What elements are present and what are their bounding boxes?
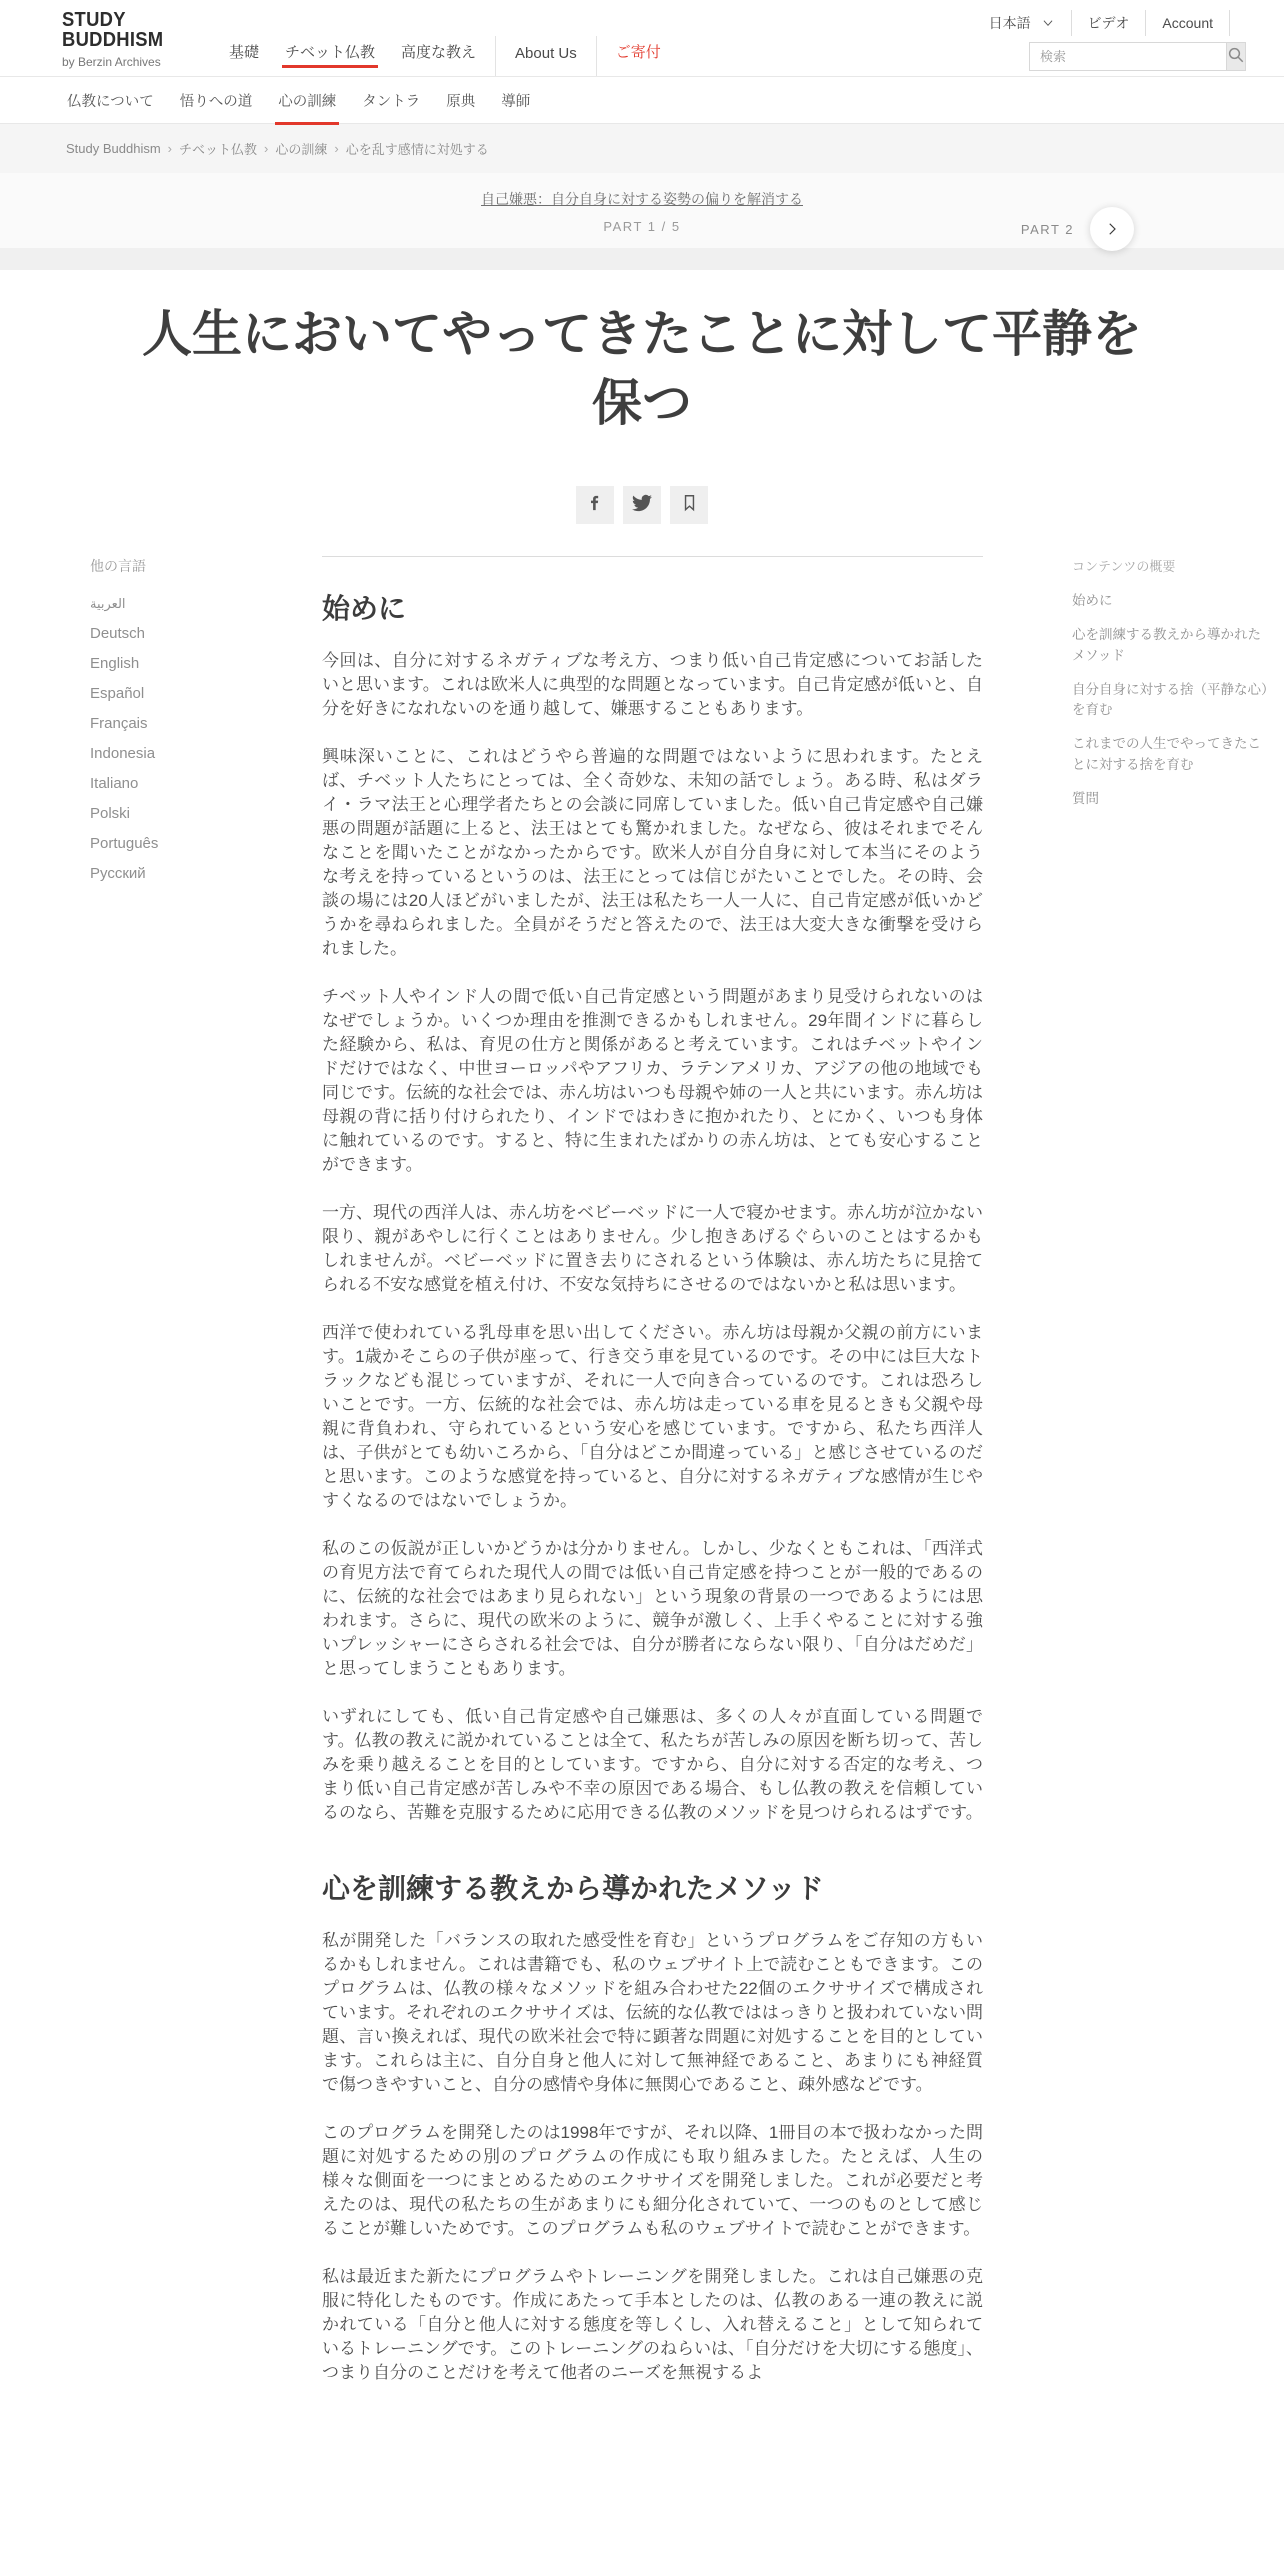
utility-divider [1229, 10, 1230, 36]
facebook-share-button[interactable] [576, 486, 614, 524]
nav-item-basics[interactable]: 基礎 [216, 41, 272, 76]
breadcrumb-separator: › [264, 141, 268, 156]
paragraph: 西洋で使われている乳母車を思い出してください。赤ん坊は母親か父親の前方にいます。… [322, 1321, 983, 1513]
breadcrumb-tibetan-buddhism[interactable]: チベット仏教 [179, 139, 257, 158]
toc-header: コンテンツの概要 [1072, 556, 1268, 575]
twitter-share-button[interactable] [623, 486, 661, 524]
search-bar [1029, 42, 1235, 71]
account-link-label: Account [1162, 15, 1213, 31]
language-link-portuguese[interactable]: Português [90, 835, 322, 852]
section-heading-methods: 心を訓練する教えから導かれたメソッド [322, 1867, 983, 1907]
bookmark-button[interactable] [670, 486, 708, 524]
section-heading-intro: 始めに [322, 587, 983, 627]
facebook-icon [585, 493, 605, 518]
page-title: 人生においてやってきたことに対して平静を保つ [137, 300, 1147, 438]
subnav-item-path-to-enlightenment[interactable]: 悟りへの道 [167, 77, 266, 123]
language-link-german[interactable]: Deutsch [90, 625, 322, 642]
chevron-right-icon[interactable] [1090, 207, 1134, 251]
language-selector[interactable]: 日本語 [973, 13, 1071, 33]
logo-line1: STUDY [62, 10, 163, 30]
language-link-italian[interactable]: Italiano [90, 775, 322, 792]
chevron-down-icon [1041, 16, 1055, 30]
language-link-spanish[interactable]: Español [90, 685, 322, 702]
subnav-item-mind-training[interactable]: 心の訓練 [265, 77, 349, 123]
paragraph: チベット人やインド人の間で低い自己肯定感という問題があまり見受けられないのはなぜ… [322, 985, 983, 1177]
paragraph: 一方、現代の西洋人は、赤ん坊をベビーベッドに一人で寝かせます。赤ん坊が泣かない限… [322, 1201, 983, 1297]
toc-link-questions[interactable]: 質問 [1072, 789, 1268, 809]
toc-sidebar: コンテンツの概要 始めに 心を訓練する教えから導かれたメソッド 自分自身に対する… [1072, 556, 1268, 823]
paragraph: 私のこの仮説が正しいかどうかは分かりません。しかし、少なくともこれは、「西洋式の… [322, 1537, 983, 1681]
video-link[interactable]: ビデオ [1072, 13, 1146, 33]
nav-divider [495, 36, 496, 76]
article-body: 始めに 今回は、自分に対するネガティブな考え方、つまり低い自己肯定感についてお話… [322, 556, 983, 2409]
language-link-russian[interactable]: Русский [90, 865, 322, 882]
languages-header: 他の言語 [90, 556, 322, 576]
next-part-button[interactable]: PART 2 [1021, 207, 1134, 251]
subnav-item-teachers[interactable]: 導師 [488, 77, 543, 123]
next-part-label: PART 2 [1021, 222, 1074, 237]
search-icon [1227, 46, 1245, 67]
nav-item-advanced[interactable]: 高度な教え [388, 41, 489, 76]
language-link-indonesian[interactable]: Indonesia [90, 745, 322, 762]
content-area: 他の言語 العربية Deutsch English Español Fra… [0, 524, 1284, 2409]
part-navigation: 自己嫌悪：自分自身に対する姿勢の偏りを解消する PART 1 / 5 PART … [0, 173, 1284, 248]
toc-link-equanimity-life[interactable]: これまでの人生でやってきたことに対する捨を育む [1072, 734, 1268, 775]
series-title-link[interactable]: 自己嫌悪：自分自身に対する姿勢の偏りを解消する [0, 189, 1284, 209]
utility-nav: 日本語 ビデオ Account [973, 10, 1230, 36]
language-link-french[interactable]: Français [90, 715, 322, 732]
twitter-icon [632, 493, 652, 518]
paragraph: 興味深いことに、これはどうやら普遍的な問題ではないように思われます。たとえば、チ… [322, 745, 983, 961]
breadcrumb: Study Buddhism › チベット仏教 › 心の訓練 › 心を乱す感情に… [0, 124, 1284, 173]
nav-item-tibetan-buddhism[interactable]: チベット仏教 [272, 41, 388, 76]
video-link-label: ビデオ [1088, 13, 1130, 33]
breadcrumb-home[interactable]: Study Buddhism [66, 141, 161, 156]
divider-strip [0, 248, 1284, 270]
toc-link-methods[interactable]: 心を訓練する教えから導かれたメソッド [1072, 625, 1268, 666]
section-subnav: 仏教について 悟りへの道 心の訓練 タントラ 原典 導師 [0, 76, 1284, 124]
paragraph: このプログラムを開発したのは1998年ですが、それ以降、1冊目の本で扱わなかった… [322, 2121, 983, 2241]
site-logo[interactable]: STUDY BUDDHISM by Berzin Archives [62, 10, 172, 68]
language-link-english[interactable]: English [90, 655, 322, 672]
breadcrumb-mind-training[interactable]: 心の訓練 [275, 139, 327, 158]
bookmark-icon [680, 493, 699, 517]
article-header: 人生においてやってきたことに対して平静を保つ [0, 270, 1284, 524]
nav-divider [596, 36, 597, 76]
search-button[interactable] [1226, 42, 1246, 71]
logo-line2: BUDDHISM [62, 30, 163, 50]
paragraph: 私は最近また新たにプログラムやトレーニングを開発しました。これは自己嫌悪の克服に… [322, 2265, 983, 2385]
toc-link-equanimity-self[interactable]: 自分自身に対する捨（平静な心）を育む [1072, 680, 1268, 721]
breadcrumb-current-page: 心を乱す感情に対処する [346, 139, 489, 158]
nav-item-about-us[interactable]: About Us [502, 45, 590, 76]
top-bar: STUDY BUDDHISM by Berzin Archives 基礎 チベッ… [0, 0, 1284, 76]
subnav-item-original-texts[interactable]: 原典 [433, 77, 488, 123]
search-input[interactable] [1029, 42, 1226, 71]
paragraph: 今回は、自分に対するネガティブな考え方、つまり低い自己肯定感についてお話したいと… [322, 649, 983, 721]
paragraph: 私が開発した「バランスの取れた感受性を育む」というプログラムをご存知の方もいるか… [322, 1929, 983, 2097]
nav-item-donate[interactable]: ご寄付 [603, 41, 674, 76]
language-selector-label: 日本語 [989, 13, 1031, 33]
account-link[interactable]: Account [1146, 15, 1229, 31]
paragraph: いずれにしても、低い自己肯定感や自己嫌悪は、多くの人々が直面している問題です。仏… [322, 1705, 983, 1825]
breadcrumb-separator: › [168, 141, 172, 156]
breadcrumb-separator: › [334, 141, 338, 156]
language-link-polish[interactable]: Polski [90, 805, 322, 822]
main-nav: 基礎 チベット仏教 高度な教え About Us ご寄付 [216, 30, 674, 76]
languages-sidebar: 他の言語 العربية Deutsch English Español Fra… [90, 556, 322, 895]
toc-link-intro[interactable]: 始めに [1072, 591, 1268, 611]
subnav-item-tantra[interactable]: タントラ [349, 77, 433, 123]
logo-tagline: by Berzin Archives [62, 56, 172, 68]
share-row [0, 486, 1284, 524]
subnav-item-about-buddhism[interactable]: 仏教について [54, 77, 167, 123]
language-link-arabic[interactable]: العربية [90, 596, 322, 612]
